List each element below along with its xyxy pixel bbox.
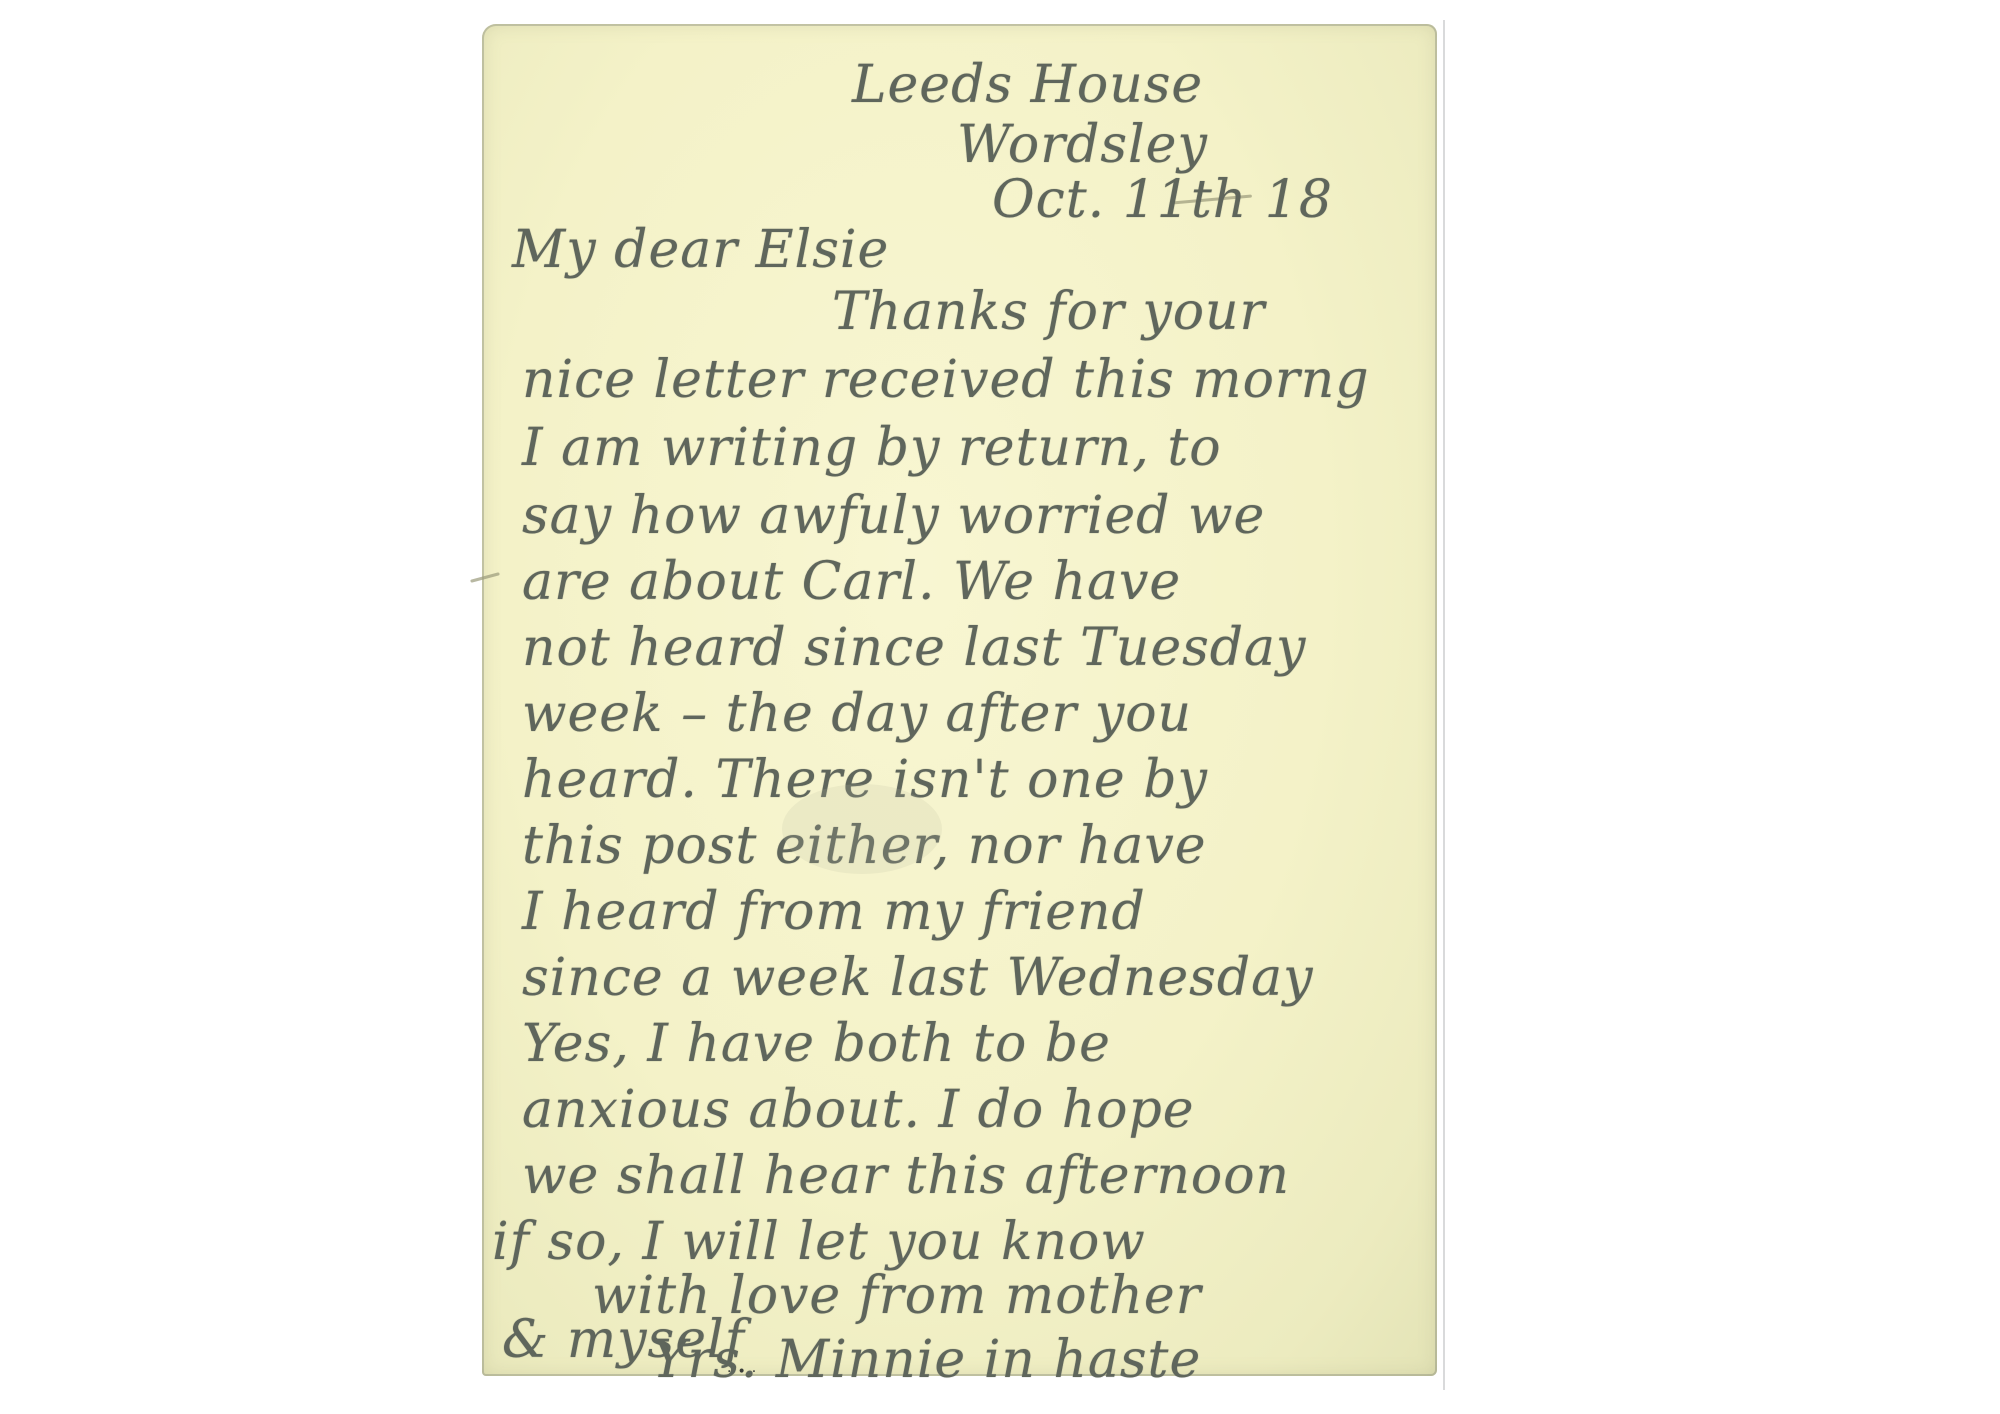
body-line: heard. There isn't one by xyxy=(522,754,1208,806)
body-line: anxious about. I do hope xyxy=(522,1084,1195,1136)
body-line: I am writing by return, to xyxy=(522,422,1222,474)
address-line-1: Leeds House xyxy=(852,59,1203,111)
paper-specks: ·•· xyxy=(727,1364,762,1380)
body-line: are about Carl. We have xyxy=(522,556,1181,608)
body-line: since a week last Wednesday xyxy=(522,952,1314,1004)
body-line: this post either, nor have xyxy=(522,820,1207,872)
salutation: My dear Elsie xyxy=(512,224,889,276)
ink-flourish-mark xyxy=(470,572,500,583)
body-line: Yes, I have both to be xyxy=(522,1018,1111,1070)
body-line: I heard from my friend xyxy=(522,886,1146,938)
body-line: week – the day after you xyxy=(522,688,1192,740)
scan-edge-line xyxy=(1443,20,1445,1390)
letter-card: Leeds House Wordsley Oct. 11th 18 My dea… xyxy=(482,24,1437,1376)
body-line: not heard since last Tuesday xyxy=(522,622,1306,674)
body-line: Thanks for your xyxy=(832,286,1265,338)
body-line: if so, I will let you know xyxy=(492,1216,1146,1268)
body-line: we shall hear this afternoon xyxy=(522,1150,1290,1202)
body-line: nice letter received this morng xyxy=(522,354,1370,406)
letter-date: Oct. 11th 18 xyxy=(992,174,1333,226)
body-line: say how awfuly worried we xyxy=(522,490,1265,542)
address-line-2: Wordsley xyxy=(957,119,1208,171)
